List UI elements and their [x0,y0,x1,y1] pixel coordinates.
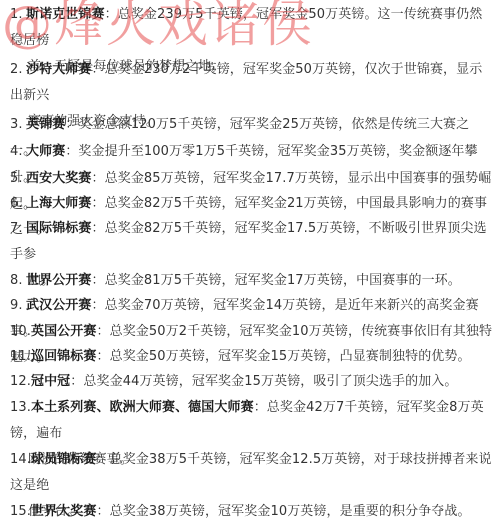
item-sep: ： [97,452,110,467]
item-title: 本土系列赛、欧洲大师赛、德国大师赛 [31,400,254,415]
item-sep: ： [65,117,78,132]
item-number: 5. [10,166,26,192]
item-number: 11. [10,344,31,370]
item-title: 西安大奖赛 [26,171,92,186]
item-number: 15. [10,499,31,524]
item-sep: ： [105,7,118,22]
item-number: 7. [10,216,26,242]
list-item: 12.冠中冠：总奖金44万英镑，冠军奖金15万英镑，吸引了顶尖选手的加入。 [10,369,494,395]
item-number: 13. [10,395,31,421]
item-title: 大师赛 [26,144,65,159]
item-sep: ： [97,504,110,519]
item-title: 英国公开赛 [31,324,97,339]
item-sep: ： [92,171,105,186]
item-sep: ： [92,221,105,236]
item-number: 12. [10,369,31,395]
item-title: 巡回锦标赛 [31,349,97,364]
item-body: 总奖金50万英镑，冠军奖金15万英镑，凸显赛制独特的优势。 [110,349,471,364]
item-sep: ： [92,62,105,77]
item-sep: ： [92,298,105,313]
item-number: 6. [10,191,26,217]
item-title: 冠中冠 [31,374,70,389]
item-title: 世界大奖赛 [31,504,97,519]
item-number: 9. [10,293,26,319]
item-title: 武汉公开赛 [26,298,92,313]
item-sep: ： [70,374,83,389]
item-number: 14. [10,447,31,473]
item-body: 总奖金81万5千英镑，冠军奖金17万英镑，中国赛事的一环。 [105,273,461,288]
item-sep: ： [97,349,110,364]
item-title: 斯诺克世锦赛 [26,7,105,22]
item-title: 沙特大师赛 [26,62,92,77]
list-item: 15.世界大奖赛：总奖金38万英镑，冠军奖金10万英镑，是重要的积分争夺战。 [10,499,494,524]
item-number: 1. [10,2,26,28]
item-number: 10. [10,319,31,345]
item-number: 4. [10,139,26,165]
item-sep: ： [97,324,110,339]
item-number: 8. [10,268,26,294]
item-title: 英锦赛 [26,117,65,132]
item-sep: ： [254,400,267,415]
item-sep: ： [92,196,105,211]
item-title: 世界公开赛 [26,273,92,288]
list-item: 8.世界公开赛：总奖金81万5千英镑，冠军奖金17万英镑，中国赛事的一环。 [10,268,494,294]
list-item: 11.巡回锦标赛：总奖金50万英镑，冠军奖金15万英镑，凸显赛制独特的优势。 [10,344,494,370]
item-body: 总奖金38万英镑，冠军奖金10万英镑，是重要的积分争夺战。 [110,504,471,519]
item-title: 上海大师赛 [26,196,92,211]
item-number: 3. [10,112,26,138]
item-body: 总奖金44万英镑，冠军奖金15万英镑，吸引了顶尖选手的加入。 [83,374,457,389]
item-title: 国际锦标赛 [26,221,92,236]
item-title: 球员锦标赛 [31,452,97,467]
item-number: 2. [10,57,26,83]
item-sep: ： [65,144,78,159]
item-sep: ： [92,273,105,288]
